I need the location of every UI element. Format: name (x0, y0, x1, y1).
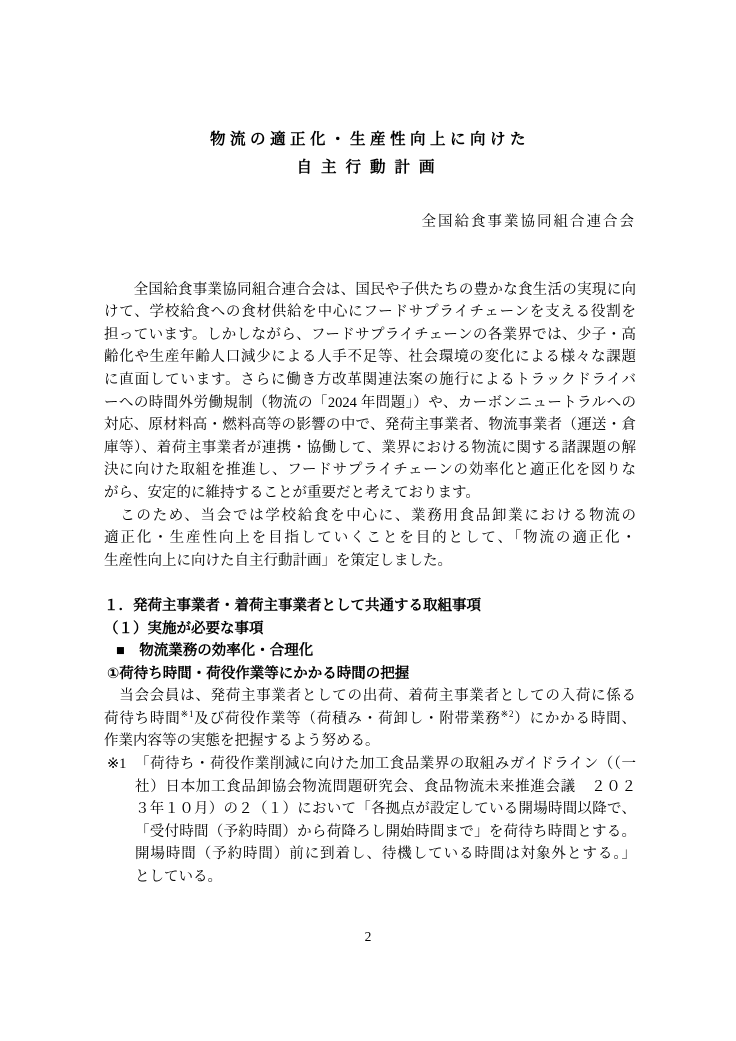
title-line-1: 物流の適正化・生産性向上に向けた (104, 126, 636, 154)
paragraph-purpose: このため、当会では学校給食を中心に、業務用食品卸業における物流の適正化・生産性向… (104, 505, 636, 573)
subsection-heading-1: （１）実施が必要な事項 (104, 618, 636, 641)
text-line: 当会会員は、発荷主事業者としての出荷、着荷主事業者としての入荷に係る (104, 685, 636, 708)
text-line: ーへの時間外労働規制（物流の「2024 年問題」）や、カーボンニュートラルへの (104, 392, 636, 415)
footnote-text: 「荷待ち・荷役作業削減に向けた加工食品業界の取組みガイドライン（（一社）日本加工… (135, 753, 636, 889)
text-line: このため、当会では学校給食を中心に、業務用食品卸業における物流の (104, 505, 636, 528)
text-line: に直面しています。さらに働き方改革関連法案の施行によるトラックドライバ (104, 369, 636, 392)
text-line: 庫等）、着荷主事業者が連携・協働して、業界における物流に関する諸課題の解 (104, 437, 636, 460)
text-line: 適正化・生産性向上を目指していくことを目的として、「物流の適正化・ (104, 527, 636, 550)
section-heading-1: １．発荷主事業者・着荷主事業者として共通する取組事項 (104, 595, 636, 618)
text-line: 「受付時間（予約時間）から荷降ろし開始時間まで」を荷待ち時間とする。 (135, 821, 636, 844)
item-heading-wait-time: ①荷待ち時間・荷役作業等にかかる時間の把握 (104, 663, 636, 686)
text-line: ３年１０月）の２（１）において「各拠点が設定している開場時間以降で、 (135, 798, 636, 821)
topic-heading-efficiency: ■ 物流業務の効率化・合理化 (104, 640, 636, 663)
document-content: 物流の適正化・生産性向上に向けた 自主行動計画 全国給食事業協同組合連合会 全国… (104, 0, 636, 889)
text-segment: 及び荷役作業等（荷積み・荷卸し・附帯業務 (193, 711, 500, 727)
footnote-ref-2: ※2 (501, 709, 514, 719)
paragraph-wait-time: 当会会員は、発荷主事業者としての出荷、着荷主事業者としての入荷に係る 荷待ち時間… (104, 685, 636, 753)
text-line: 担っています。しかしながら、フードサプライチェーンの各業界では、少子・高 (104, 324, 636, 347)
text-segment: 荷待ち時間 (104, 711, 181, 727)
footnote-marker: ※1 (107, 753, 126, 776)
text-line: がら、安定的に維持することが重要だと考えております。 (104, 482, 636, 505)
text-line: けて、学校給食への食材供給を中心にフードサプライチェーンを支える役割を (104, 301, 636, 324)
text-line: 生産性向上に向けた自主行動計画」を策定しました。 (104, 550, 636, 573)
paragraph-intro: 全国給食事業協同組合連合会は、国民や子供たちの豊かな食生活の実現に向けて、学校給… (104, 279, 636, 505)
text-line: 齢化や生産年齢人口減少による人手不足等、社会環境の変化による様々な課題 (104, 346, 636, 369)
text-line: としている。 (135, 866, 636, 889)
footnote-ref-1: ※1 (181, 709, 194, 719)
text-segment: ）にかかる時間、 (513, 711, 636, 727)
document-title: 物流の適正化・生産性向上に向けた 自主行動計画 (104, 126, 636, 182)
text-line: 全国給食事業協同組合連合会は、国民や子供たちの豊かな食生活の実現に向 (104, 279, 636, 302)
title-line-2: 自主行動計画 (104, 154, 636, 182)
footnote-1: ※1 「荷待ち・荷役作業削減に向けた加工食品業界の取組みガイドライン（（一社）日… (104, 753, 636, 889)
author-organization: 全国給食事業協同組合連合会 (104, 211, 636, 234)
text-line: 対応、原材料高・燃料高等の影響の中で、発荷主事業者、物流事業者（運送・倉 (104, 414, 636, 437)
text-line: 決に向けた取組を推進し、フードサプライチェーンの効率化と適正化を図りな (104, 459, 636, 482)
text-line: 社）日本加工食品卸協会物流問題研究会、食品物流未来推進会議 ２０２ (135, 776, 636, 799)
page-number: 2 (0, 926, 736, 948)
document-page: 物流の適正化・生産性向上に向けた 自主行動計画 全国給食事業協同組合連合会 全国… (0, 0, 736, 1041)
text-line: 「荷待ち・荷役作業削減に向けた加工食品業界の取組みガイドライン（（一 (135, 753, 636, 776)
text-line: 荷待ち時間※1及び荷役作業等（荷積み・荷卸し・附帯業務※2）にかかる時間、 (104, 708, 636, 731)
text-line: 作業内容等の実態を把握するよう努める。 (104, 730, 636, 753)
text-line: 開場時間（予約時間）前に到着し、待機している時間は対象外とする。」 (135, 843, 636, 866)
